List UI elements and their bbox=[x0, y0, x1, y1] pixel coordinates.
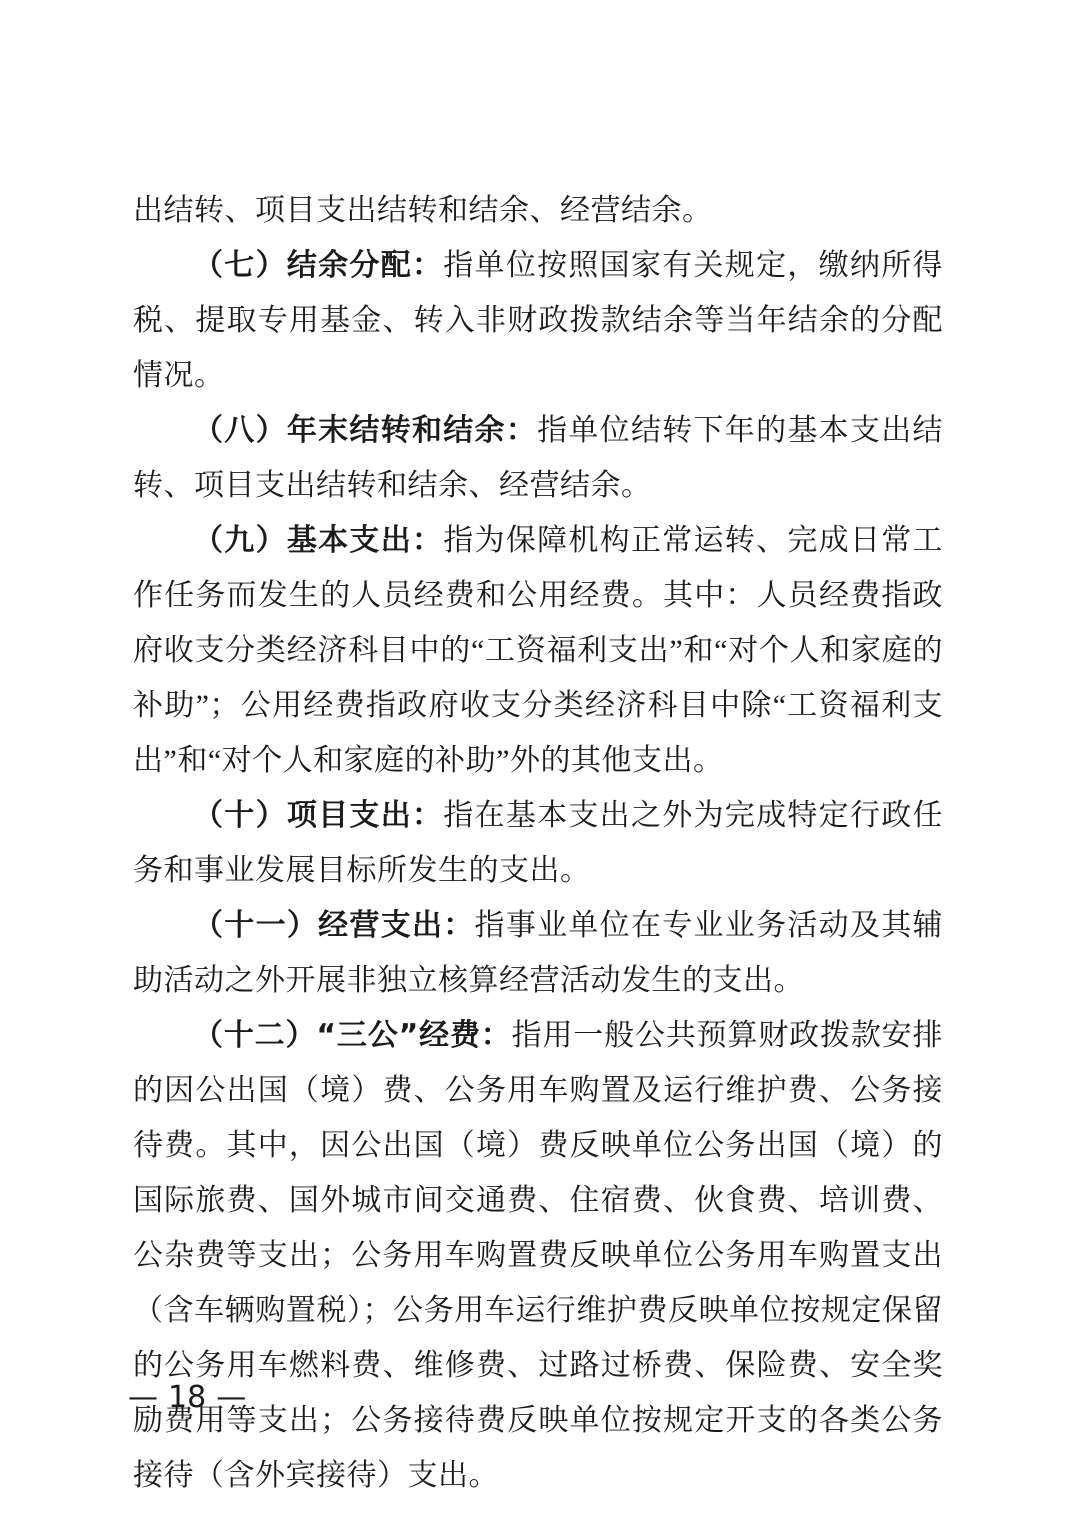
paragraph-item-9: （九）基本支出：指为保障机构正常运转、完成日常工作任务而发生的人员经费和公用经费… bbox=[133, 513, 943, 788]
paragraph-heading: （九）基本支出： bbox=[193, 523, 443, 558]
paragraph-item-7: （七）结余分配：指单位按照国家有关规定，缴纳所得税、提取专用基金、转入非财政拨款… bbox=[133, 238, 943, 403]
paragraph-item-8: （八）年末结转和结余：指单位结转下年的基本支出结转、项目支出结转和结余、经营结余… bbox=[133, 403, 943, 513]
paragraph-item-11: （十一）经营支出：指事业单位在专业业务活动及其辅助活动之外开展非独立核算经营活动… bbox=[133, 898, 943, 1008]
paragraph-text: 指为保障机构正常运转、完成日常工作任务而发生的人员经费和公用经费。其中：人员经费… bbox=[133, 524, 943, 777]
page-number-dash-right: — bbox=[216, 1380, 246, 1415]
paragraph-text: 出结转、项目支出结转和结余、经营结余。 bbox=[133, 194, 713, 227]
paragraph-text: 指用一般公共预算财政拨款安排的因公出国（境）费、公务用车购置及运行维护费、公务接… bbox=[133, 1019, 943, 1492]
paragraph-heading: （十二）“三公”经费： bbox=[193, 1018, 512, 1053]
page-number: —18— bbox=[128, 1378, 246, 1418]
paragraph-continuation: 出结转、项目支出结转和结余、经营结余。 bbox=[133, 183, 943, 238]
paragraph-heading: （八）年末结转和结余： bbox=[193, 413, 537, 448]
document-page: 出结转、项目支出结转和结余、经营结余。 （七）结余分配：指单位按照国家有关规定，… bbox=[0, 0, 1075, 1520]
page-number-dash-left: — bbox=[128, 1380, 158, 1415]
paragraph-heading: （七）结余分配： bbox=[193, 248, 443, 283]
paragraph-item-10: （十）项目支出：指在基本支出之外为完成特定行政任务和事业发展目标所发生的支出。 bbox=[133, 788, 943, 898]
paragraph-heading: （十一）经营支出： bbox=[193, 908, 475, 943]
paragraph-heading: （十）项目支出： bbox=[193, 798, 443, 833]
document-body: 出结转、项目支出结转和结余、经营结余。 （七）结余分配：指单位按照国家有关规定，… bbox=[133, 183, 943, 1503]
paragraph-item-12: （十二）“三公”经费：指用一般公共预算财政拨款安排的因公出国（境）费、公务用车购… bbox=[133, 1008, 943, 1503]
page-number-value: 18 bbox=[168, 1380, 206, 1415]
